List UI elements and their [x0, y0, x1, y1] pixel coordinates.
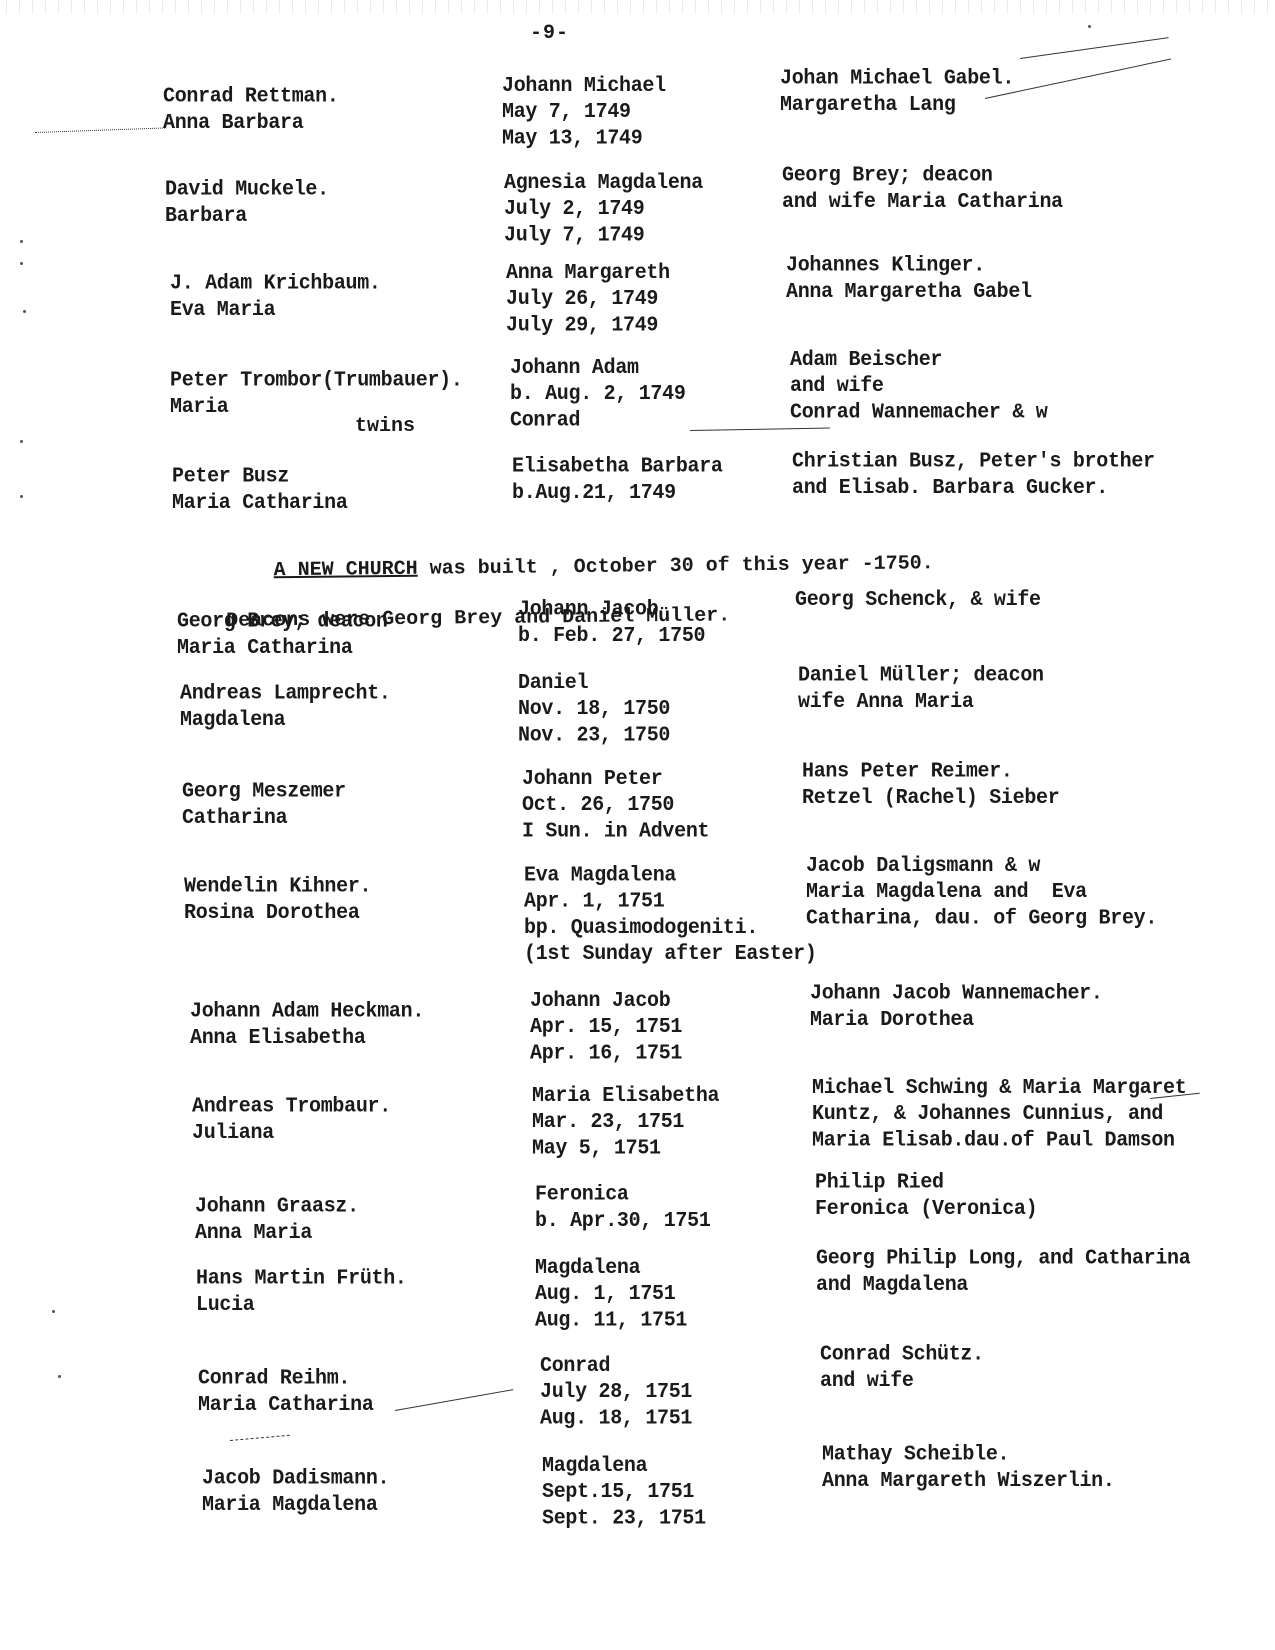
child-and-dates-line: May 13, 1749 — [502, 126, 666, 152]
parents: Johann Graasz.Anna Maria — [195, 1194, 359, 1247]
child-and-dates: ConradJuly 28, 1751Aug. 18, 1751 — [540, 1353, 692, 1432]
scan-speck — [58, 1375, 61, 1378]
parents: Peter BuszMaria Catharina — [172, 464, 348, 517]
parents: Andreas Trombaur.Juliana — [192, 1094, 391, 1147]
sponsors-line: Kuntz, & Johannes Cunnius, and — [812, 1101, 1186, 1127]
sponsors-line: Feronica (Veronica) — [815, 1196, 1037, 1222]
parents-line: David Muckele. — [165, 177, 329, 203]
parents-line: Wendelin Kihner. — [184, 874, 371, 900]
parents: Conrad Reihm.Maria Catharina — [198, 1366, 374, 1419]
pen-stroke — [230, 1435, 290, 1441]
sponsors-line: Johannes Klinger. — [786, 253, 1032, 279]
sponsors: Hans Peter Reimer.Retzel (Rachel) Sieber — [802, 759, 1059, 812]
sponsors-line: Conrad Wannemacher & w — [790, 400, 1047, 426]
sponsors-line: Hans Peter Reimer. — [802, 759, 1059, 785]
parents: Georg MeszemerCatharina — [182, 779, 346, 832]
document-page: -9- Conrad Rettman.Anna BarbaraJohann Mi… — [0, 0, 1275, 1650]
child-and-dates-line: (1st Sunday after Easter) — [524, 941, 817, 967]
child-and-dates: Johann PeterOct. 26, 1750I Sun. in Adven… — [522, 766, 709, 845]
parents: Conrad Rettman.Anna Barbara — [163, 84, 339, 137]
sponsors-line: Adam Beischer — [790, 347, 1047, 373]
notice-line1: was built , October 30 of this year -175… — [418, 552, 934, 580]
parents-line: Maria Catharina — [198, 1392, 374, 1418]
child-and-dates-line: Nov. 18, 1750 — [518, 696, 670, 722]
scan-speck — [20, 262, 23, 265]
parents-line: Juliana — [192, 1120, 391, 1146]
child-and-dates-line: Aug. 18, 1751 — [540, 1406, 692, 1432]
page-number: -9- — [530, 22, 569, 45]
twins-note: twins — [355, 415, 415, 438]
sponsors-line: Philip Ried — [815, 1170, 1037, 1196]
sponsors-line: and wife Maria Catharina — [782, 189, 1063, 215]
sponsors-line: wife Anna Maria — [798, 689, 1044, 715]
sponsors-line: Christian Busz, Peter's brother — [792, 449, 1155, 475]
child-and-dates-line: Elisabetha Barbara — [512, 454, 723, 480]
sponsors-line: Conrad Schütz. — [820, 1342, 984, 1368]
notice-heading: A NEW CHURCH — [274, 558, 418, 583]
sponsors: Georg Philip Long, and Catharinaand Magd… — [816, 1246, 1190, 1299]
new-church-notice: A NEW CHURCH was built , October 30 of t… — [225, 526, 935, 683]
child-and-dates-line: Magdalena — [535, 1255, 687, 1281]
parents-line: Eva Maria — [170, 297, 381, 323]
notice-line2: Deacons were Georg Brey and Daniel Mülle… — [226, 601, 934, 633]
child-and-dates: Anna MargarethJuly 26, 1749July 29, 1749 — [506, 260, 670, 339]
child-and-dates-line: Apr. 15, 1751 — [530, 1014, 682, 1040]
parents: Wendelin Kihner.Rosina Dorothea — [184, 874, 371, 927]
child-and-dates: DanielNov. 18, 1750Nov. 23, 1750 — [518, 670, 670, 749]
parents-line: Anna Elisabetha — [190, 1025, 424, 1051]
child-and-dates: Feronicab. Apr.30, 1751 — [535, 1182, 711, 1235]
child-and-dates-line: Eva Magdalena — [524, 863, 817, 889]
sponsors: Johan Michael Gabel.Margaretha Lang — [780, 66, 1014, 119]
child-and-dates-line: Johann Michael — [502, 73, 666, 99]
scan-speck — [20, 495, 23, 498]
sponsors-line: and wife — [820, 1368, 984, 1394]
child-and-dates-line: b.Aug.21, 1749 — [512, 480, 723, 506]
child-and-dates-line: July 28, 1751 — [540, 1379, 692, 1405]
parents: Jacob Dadismann.Maria Magdalena — [202, 1466, 389, 1519]
child-and-dates: Maria ElisabethaMar. 23, 1751May 5, 1751 — [532, 1083, 719, 1162]
child-and-dates: Johann JacobApr. 15, 1751Apr. 16, 1751 — [530, 988, 682, 1067]
parents-line: Peter Trombor(Trumbauer). — [170, 368, 463, 394]
child-and-dates-line: Aug. 11, 1751 — [535, 1308, 687, 1334]
child-and-dates-line: Sept. 23, 1751 — [542, 1506, 706, 1532]
child-and-dates-line: Johann Peter — [522, 766, 709, 792]
parents-line: Maria — [170, 394, 463, 420]
child-and-dates-line: Sept.15, 1751 — [542, 1479, 706, 1505]
parents-line: Georg Meszemer — [182, 779, 346, 805]
child-and-dates-line: Mar. 23, 1751 — [532, 1109, 719, 1135]
sponsors: Philip RiedFeronica (Veronica) — [815, 1170, 1037, 1223]
sponsors-line: Anna Margaretha Gabel — [786, 279, 1032, 305]
scan-speck — [23, 310, 26, 313]
sponsors: Johann Jacob Wannemacher.Maria Dorothea — [810, 981, 1103, 1034]
sponsors-line: and Magdalena — [816, 1272, 1190, 1298]
parents: Johann Adam Heckman.Anna Elisabetha — [190, 999, 424, 1052]
child-and-dates-line: b. Apr.30, 1751 — [535, 1208, 711, 1234]
child-and-dates-line: Feronica — [535, 1182, 711, 1208]
child-and-dates-line: Johann Jacob — [530, 988, 682, 1014]
child-and-dates: Johann Adamb. Aug. 2, 1749Conrad — [510, 355, 686, 434]
child-and-dates-line: Johann Adam — [510, 355, 686, 381]
scan-speck — [20, 240, 23, 243]
parents: David Muckele.Barbara — [165, 177, 329, 230]
sponsors: Adam Beischerand wifeConrad Wannemacher … — [790, 347, 1047, 426]
sponsors-line: Johann Jacob Wannemacher. — [810, 981, 1103, 1007]
sponsors: Michael Schwing & Maria MargaretKuntz, &… — [812, 1075, 1186, 1154]
sponsors: Conrad Schütz.and wife — [820, 1342, 984, 1395]
parents-line: Andreas Trombaur. — [192, 1094, 391, 1120]
child-and-dates-line: Nov. 23, 1750 — [518, 723, 670, 749]
child-and-dates-line: I Sun. in Advent — [522, 819, 709, 845]
pen-stroke — [395, 1389, 513, 1411]
pen-stroke — [1020, 37, 1169, 59]
parents: Hans Martin Früth.Lucia — [196, 1266, 407, 1319]
sponsors-line: and Elisab. Barbara Gucker. — [792, 475, 1155, 501]
sponsors-line: Maria Magdalena and Eva — [806, 879, 1157, 905]
child-and-dates-line: Maria Elisabetha — [532, 1083, 719, 1109]
child-and-dates: Johann MichaelMay 7, 1749May 13, 1749 — [502, 73, 666, 152]
scan-artifact-strip — [0, 0, 1275, 14]
child-and-dates-line: Apr. 1, 1751 — [524, 889, 817, 915]
child-and-dates-line: Oct. 26, 1750 — [522, 792, 709, 818]
child-and-dates-line: b. Aug. 2, 1749 — [510, 381, 686, 407]
child-and-dates-line: Anna Margareth — [506, 260, 670, 286]
parents-line: Peter Busz — [172, 464, 348, 490]
parents-line: Anna Barbara — [163, 110, 339, 136]
child-and-dates: Agnesia MagdalenaJuly 2, 1749July 7, 174… — [504, 170, 703, 249]
parents-line: J. Adam Krichbaum. — [170, 271, 381, 297]
parents-line: Lucia — [196, 1292, 407, 1318]
parents: Peter Trombor(Trumbauer).Maria — [170, 368, 463, 421]
sponsors-line: Mathay Scheible. — [822, 1442, 1115, 1468]
parents-line: Andreas Lamprecht. — [180, 681, 391, 707]
bracket-line — [690, 428, 830, 431]
sponsors-line: Retzel (Rachel) Sieber — [802, 785, 1059, 811]
child-and-dates-line: Agnesia Magdalena — [504, 170, 703, 196]
child-and-dates: MagdalenaSept.15, 1751Sept. 23, 1751 — [542, 1453, 706, 1532]
sponsors-line: Georg Philip Long, and Catharina — [816, 1246, 1190, 1272]
sponsors: Georg Brey; deaconand wife Maria Cathari… — [782, 163, 1063, 216]
parents-line: Conrad Reihm. — [198, 1366, 374, 1392]
sponsors-line: Maria Elisab.dau.of Paul Damson — [812, 1128, 1186, 1154]
sponsors-line: Margaretha Lang — [780, 92, 1014, 118]
sponsors-line: Johan Michael Gabel. — [780, 66, 1014, 92]
child-and-dates-line: July 26, 1749 — [506, 286, 670, 312]
child-and-dates: MagdalenaAug. 1, 1751Aug. 11, 1751 — [535, 1255, 687, 1334]
parents-line: Catharina — [182, 805, 346, 831]
scan-speck — [20, 440, 23, 443]
parents-line: Maria Magdalena — [202, 1492, 389, 1518]
child-and-dates-line: May 7, 1749 — [502, 99, 666, 125]
scan-speck — [1088, 25, 1091, 28]
child-and-dates-line: July 2, 1749 — [504, 196, 703, 222]
parents-line: Anna Maria — [195, 1220, 359, 1246]
parents-line: Rosina Dorothea — [184, 900, 371, 926]
child-and-dates-line: Apr. 16, 1751 — [530, 1041, 682, 1067]
parents-line: Magdalena — [180, 707, 391, 733]
sponsors-line: Georg Brey; deacon — [782, 163, 1063, 189]
parents: J. Adam Krichbaum.Eva Maria — [170, 271, 381, 324]
child-and-dates-line: Conrad — [540, 1353, 692, 1379]
parents-line: Barbara — [165, 203, 329, 229]
parents-line: Maria Catharina — [172, 490, 348, 516]
sponsors: Mathay Scheible.Anna Margareth Wiszerlin… — [822, 1442, 1115, 1495]
scan-speck — [52, 1310, 55, 1313]
sponsors-line: and wife — [790, 373, 1047, 399]
sponsors-line: Anna Margareth Wiszerlin. — [822, 1468, 1115, 1494]
parents-line: Hans Martin Früth. — [196, 1266, 407, 1292]
sponsors-line: Catharina, dau. of Georg Brey. — [806, 906, 1157, 932]
child-and-dates: Eva MagdalenaApr. 1, 1751bp. Quasimodoge… — [524, 863, 817, 968]
sponsors-line: Jacob Daligsmann & w — [806, 853, 1157, 879]
child-and-dates-line: Magdalena — [542, 1453, 706, 1479]
parents-line: Johann Adam Heckman. — [190, 999, 424, 1025]
parents: Andreas Lamprecht.Magdalena — [180, 681, 391, 734]
child-and-dates-line: Conrad — [510, 408, 686, 434]
sponsors: Christian Busz, Peter's brotherand Elisa… — [792, 449, 1155, 502]
child-and-dates: Elisabetha Barbarab.Aug.21, 1749 — [512, 454, 723, 507]
child-and-dates-line: July 7, 1749 — [504, 223, 703, 249]
pen-stroke — [35, 127, 165, 133]
child-and-dates-line: Aug. 1, 1751 — [535, 1281, 687, 1307]
child-and-dates-line: May 5, 1751 — [532, 1136, 719, 1162]
parents-line: Jacob Dadismann. — [202, 1466, 389, 1492]
sponsors-line: Michael Schwing & Maria Margaret — [812, 1075, 1186, 1101]
sponsors-line: Maria Dorothea — [810, 1007, 1103, 1033]
child-and-dates-line: July 29, 1749 — [506, 313, 670, 339]
sponsors: Johannes Klinger.Anna Margaretha Gabel — [786, 253, 1032, 306]
sponsors: Jacob Daligsmann & wMaria Magdalena and … — [806, 853, 1157, 932]
parents-line: Conrad Rettman. — [163, 84, 339, 110]
child-and-dates-line: bp. Quasimodogeniti. — [524, 915, 817, 941]
parents-line: Johann Graasz. — [195, 1194, 359, 1220]
